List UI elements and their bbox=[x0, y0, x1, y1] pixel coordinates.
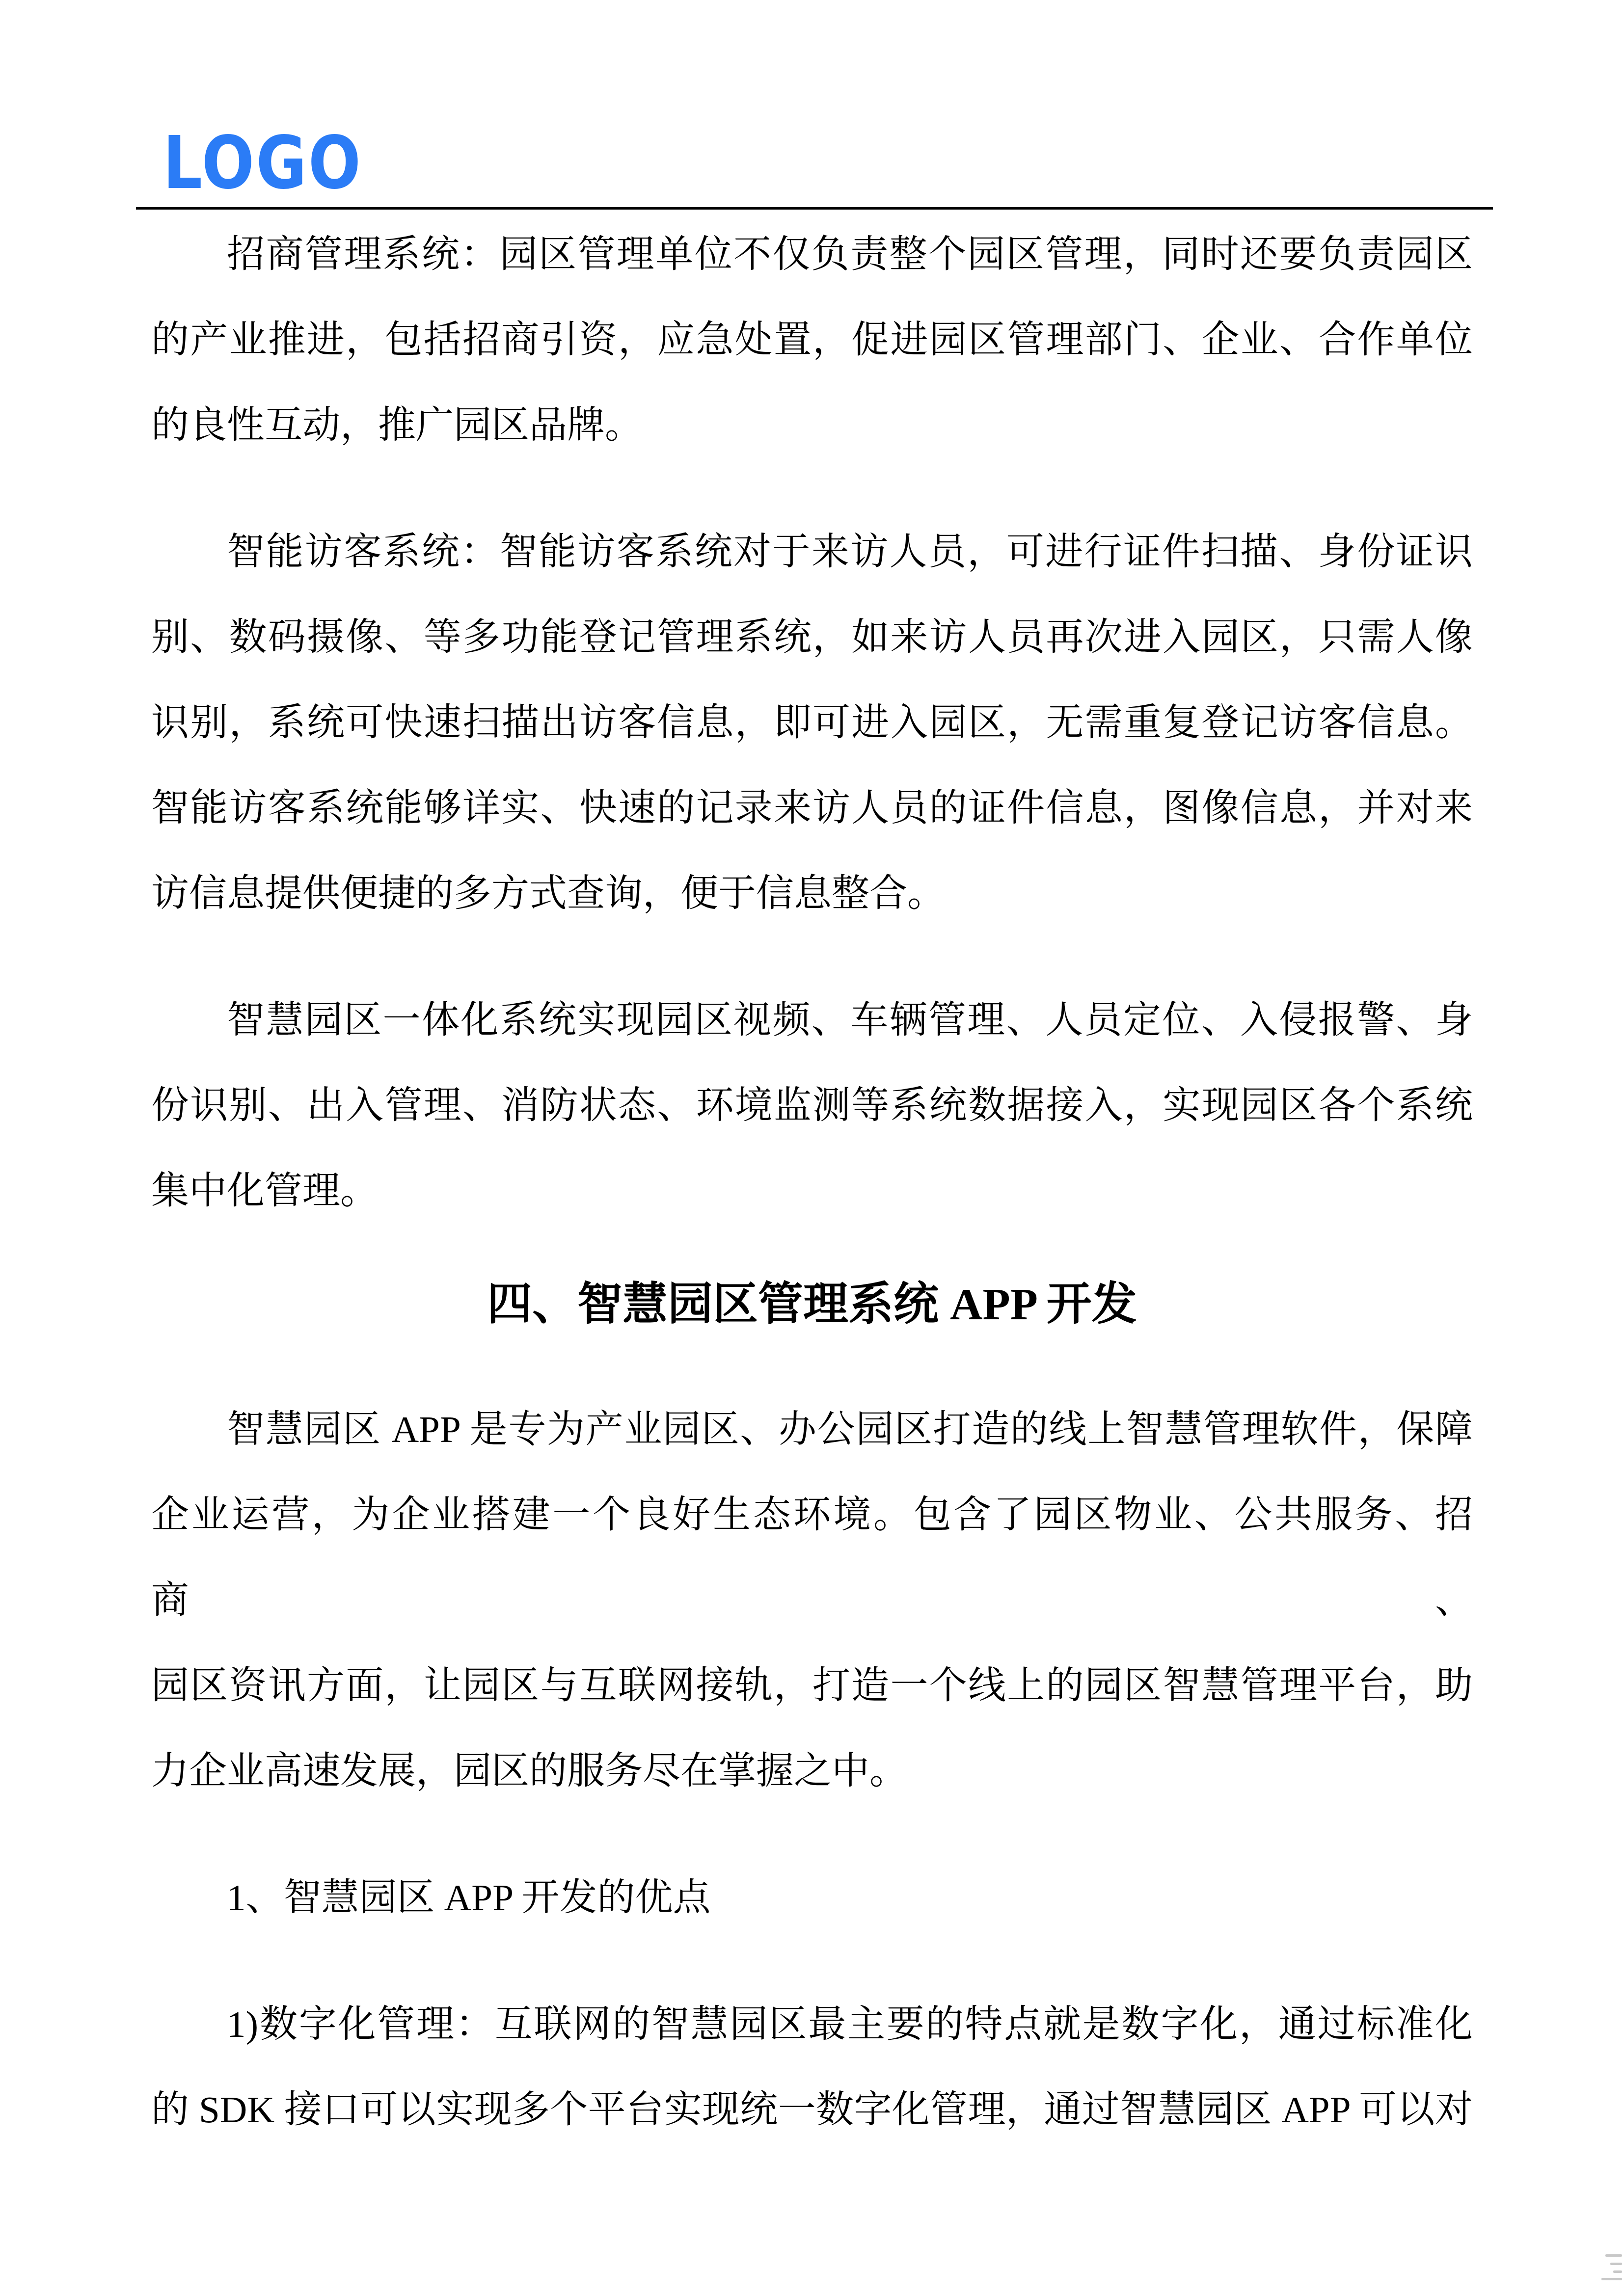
section-heading: 四、智慧园区管理系统 APP 开发 bbox=[151, 1255, 1473, 1387]
paragraph: 1)数字化管理：互联网的智慧园区最主要的特点就是数字化，通过标准化的 SDK 接… bbox=[151, 1981, 1473, 2193]
paragraph: 招商管理系统：园区管理单位不仅负责整个园区管理，同时还要负责园区的产业推进，包括… bbox=[151, 212, 1473, 509]
paragraph: 智慧园区一体化系统实现园区视频、车辆管理、人员定位、入侵报警、身份识别、出入管理… bbox=[151, 977, 1473, 1275]
paragraph: 智慧园区 APP 是专为产业园区、办公园区打造的线上智慧管理软件，保障企业运营，… bbox=[151, 1387, 1473, 1855]
paragraph-line: 企业运营，为企业搭建一个良好生态环境。包含了园区物业、公共服务、招商、 bbox=[151, 1472, 1473, 1643]
paragraph-line: 园区资讯方面，让园区与互联网接轨，打造一个线上的园区智慧管理平台，助 bbox=[151, 1643, 1473, 1728]
paragraph: 智能访客系统：智能访客系统对于来访人员，可进行证件扫描、身份证识别、数码摄像、等… bbox=[151, 509, 1473, 977]
paragraph-line: 智能访客系统能够详实、快速的记录来访人员的证件信息，图像信息，并对来 bbox=[151, 765, 1473, 851]
logo: LOGO bbox=[163, 127, 362, 199]
document-body: 招商管理系统：园区管理单位不仅负责整个园区管理，同时还要负责园区的产业推进，包括… bbox=[151, 212, 1473, 2193]
paragraph-line: 的 SDK 接口可以实现多个平台实现统一数字化管理，通过智慧园区 APP 可以对 bbox=[151, 2067, 1473, 2152]
page-edge-artifact bbox=[1613, 2270, 1622, 2273]
header-rule bbox=[136, 207, 1493, 210]
paragraph-line: 智能访客系统：智能访客系统对于来访人员，可进行证件扫描、身份证识 bbox=[151, 509, 1473, 594]
paragraph-line: 的产业推进，包括招商引资，应急处置，促进园区管理部门、企业、合作单位 bbox=[151, 297, 1473, 382]
paragraph: 1、智慧园区 APP 开发的优点 bbox=[151, 1855, 1473, 1981]
page-edge-artifact bbox=[1610, 2263, 1622, 2265]
page-edge-artifact bbox=[1601, 2278, 1622, 2280]
paragraph-line: 智慧园区 APP 是专为产业园区、办公园区打造的线上智慧管理软件，保障 bbox=[151, 1387, 1473, 1472]
paragraph-line: 1)数字化管理：互联网的智慧园区最主要的特点就是数字化，通过标准化 bbox=[151, 1981, 1473, 2067]
page-edge-artifact bbox=[1605, 2254, 1622, 2257]
paragraph-line: 力企业高速发展，园区的服务尽在掌握之中。 bbox=[151, 1728, 1473, 1814]
paragraph-line: 智慧园区一体化系统实现园区视频、车辆管理、人员定位、入侵报警、身 bbox=[151, 977, 1473, 1063]
paragraph-line: 份识别、出入管理、消防状态、环境监测等系统数据接入，实现园区各个系统 bbox=[151, 1063, 1473, 1148]
paragraph-line: 1、智慧园区 APP 开发的优点 bbox=[151, 1855, 1473, 1940]
paragraph-line: 招商管理系统：园区管理单位不仅负责整个园区管理，同时还要负责园区 bbox=[151, 212, 1473, 297]
paragraph-line: 访信息提供便捷的多方式查询，便于信息整合。 bbox=[151, 851, 1473, 936]
paragraph-line: 集中化管理。 bbox=[151, 1148, 1473, 1233]
paragraph-line: 的良性互动，推广园区品牌。 bbox=[151, 382, 1473, 468]
paragraph-line: 识别，系统可快速扫描出访客信息，即可进入园区，无需重复登记访客信息。 bbox=[151, 680, 1473, 765]
document-page: LOGO 招商管理系统：园区管理单位不仅负责整个园区管理，同时还要负责园区的产业… bbox=[0, 0, 1624, 2296]
paragraph-line: 别、数码摄像、等多功能登记管理系统，如来访人员再次进入园区，只需人像 bbox=[151, 594, 1473, 680]
